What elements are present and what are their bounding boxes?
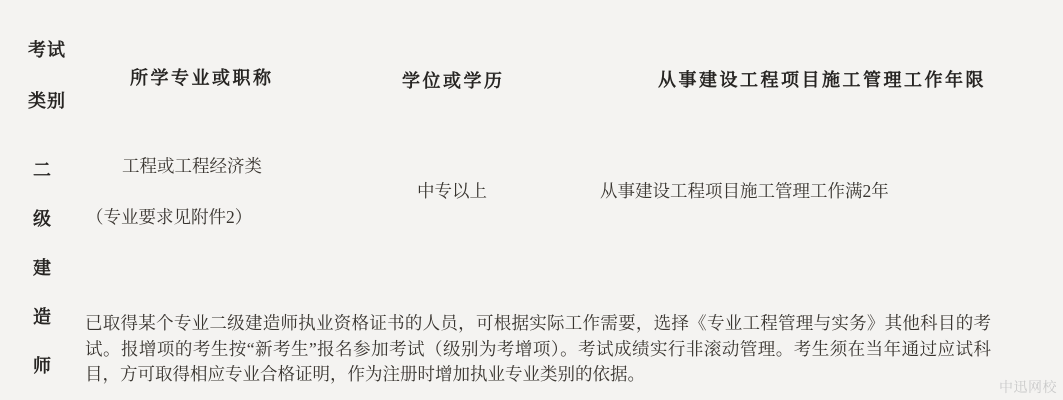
category-char-2: 级 bbox=[33, 209, 51, 258]
watermark-zhongxun-wangxiao: 中迅网校 bbox=[999, 377, 1057, 397]
column-header-major-or-title: 所学专业或职称 bbox=[130, 64, 274, 90]
category-label-second-level-constructor: 二 级 建 造 师 bbox=[33, 160, 51, 400]
cell-experience: 从事建设工程项目施工管理工作满2年 bbox=[600, 178, 889, 203]
cell-major-line2: （专业要求见附件2） bbox=[86, 204, 252, 229]
category-char-3: 建 bbox=[33, 258, 51, 307]
category-char-5: 师 bbox=[33, 356, 51, 400]
category-char-1: 二 bbox=[33, 160, 51, 209]
note-additional-specialty-registration: 已取得某个专业二级建造师执业资格证书的人员，可根据实际工作需要，选择《专业工程管… bbox=[85, 311, 991, 388]
exam-requirements-table: 考试 类别 所学专业或职称 学位或学历 从事建设工程项目施工管理工作年限 二 级… bbox=[0, 0, 1063, 400]
row-header-exam-category-line1: 考试 bbox=[28, 36, 66, 62]
row-header-exam-category-line2: 类别 bbox=[28, 87, 66, 113]
cell-degree: 中专以上 bbox=[417, 178, 487, 203]
cell-major-line1: 工程或工程经济类 bbox=[122, 153, 262, 178]
column-header-work-experience-years: 从事建设工程项目施工管理工作年限 bbox=[658, 66, 986, 92]
column-header-degree-or-education: 学位或学历 bbox=[402, 67, 505, 93]
category-char-4: 造 bbox=[33, 307, 51, 356]
